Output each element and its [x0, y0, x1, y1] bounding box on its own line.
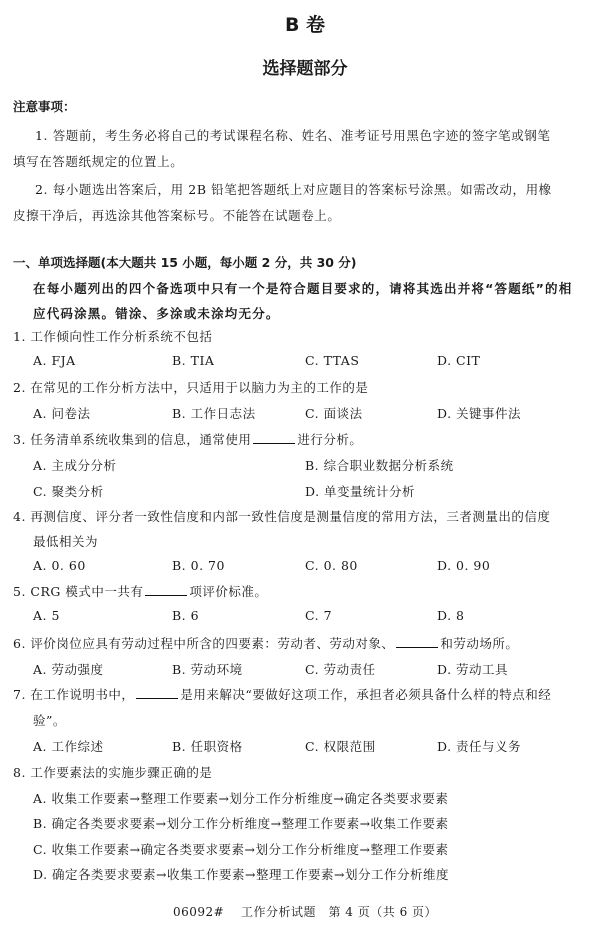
question-5-blank	[145, 583, 187, 596]
question-4-option-b: B. 0. 70	[172, 558, 225, 573]
question-6-option-c: C. 劳动责任	[305, 660, 376, 678]
question-8-option-c: C. 收集工作要素→确定各类要求要素→划分工作分析维度→整理工作要素	[33, 840, 449, 858]
question-1-option-d: D. CIT	[437, 353, 480, 368]
question-7-stem: 7. 在工作说明书中，是用来解决“要做好这项工作，承担者必须具备什么样的特点和经	[13, 685, 551, 703]
question-7-stem-pre: 7. 在工作说明书中，	[13, 687, 134, 702]
question-2-option-d: D. 关键事件法	[437, 404, 521, 422]
question-5-stem: 5. CRG 模式中一共有项评价标准。	[13, 582, 267, 600]
question-3-option-a: A. 主成分分析	[33, 456, 116, 474]
question-8-option-a: A. 收集工作要素→整理工作要素→划分工作分析维度→确定各类要求要素	[33, 789, 448, 807]
question-1-option-c: C. TTAS	[305, 353, 359, 368]
question-2-stem: 2. 在常见的工作分析方法中，只适用于以脑力为主的工作的是	[13, 378, 368, 396]
question-1-stem: 1. 工作倾向性工作分析系统不包括	[13, 327, 212, 345]
question-6-option-d: D. 劳动工具	[437, 660, 508, 678]
section-title: 选择题部分	[0, 54, 610, 79]
question-1-option-a: A. FJA	[33, 353, 76, 368]
paper-title: B 卷	[0, 10, 610, 37]
question-7-blank	[136, 686, 178, 699]
question-3-stem-pre: 3. 任务清单系统收集到的信息，通常使用	[13, 432, 251, 447]
notice-item-1-line-1: 1. 答题前，考生务必将自己的考试课程名称、姓名、准考证号用黑色字迹的签字笔或钢…	[35, 126, 551, 144]
question-6-blank	[396, 635, 438, 648]
question-5-stem-post: 项评价标准。	[189, 584, 267, 599]
question-3-stem-post: 进行分析。	[297, 432, 362, 447]
notice-item-1-line-2: 填写在答题纸规定的位置上。	[13, 152, 183, 170]
question-8-option-b: B. 确定各类要求要素→划分工作分析维度→整理工作要素→收集工作要素	[33, 814, 449, 832]
question-5-option-b: B. 6	[172, 608, 199, 623]
question-2-option-b: B. 工作日志法	[172, 404, 256, 422]
page-footer: 06092# 工作分析试题 第 4 页（共 6 页）	[0, 903, 610, 920]
question-8-stem: 8. 工作要素法的实施步骤正确的是	[13, 763, 212, 781]
notice-item-2-line-2: 皮擦干净后，再选涂其他答案标号。不能答在试题卷上。	[13, 206, 341, 224]
section-desc-line-1: 在每小题列出的四个备选项中只有一个是符合题目要求的，请将其选出并将“答题纸”的相	[33, 279, 572, 297]
question-8-option-d: D. 确定各类要求要素→收集工作要素→整理工作要素→划分工作分析维度	[33, 865, 449, 883]
question-5-option-c: C. 7	[305, 608, 332, 623]
question-1-option-b: B. TIA	[172, 353, 214, 368]
question-6-stem-pre: 6. 评价岗位应具有劳动过程中所含的四要素：劳动者、劳动对象、	[13, 636, 394, 651]
question-4-stem-line-1: 4. 再测信度、评分者一致性信度和内部一致性信度是测量信度的常用方法，三者测量出…	[13, 507, 550, 525]
notice-heading: 注意事项：	[13, 97, 76, 115]
question-7-option-d: D. 责任与义务	[437, 737, 521, 755]
question-5-option-a: A. 5	[33, 608, 60, 623]
question-4-option-a: A. 0. 60	[33, 558, 86, 573]
question-3-blank	[253, 431, 295, 444]
question-4-option-d: D. 0. 90	[437, 558, 490, 573]
question-4-stem-line-2: 最低相关为	[33, 532, 98, 550]
question-7-stem-post: 是用来解决“要做好这项工作，承担者必须具备什么样的特点和经	[180, 687, 551, 702]
question-6-option-b: B. 劳动环境	[172, 660, 243, 678]
question-4-option-c: C. 0. 80	[305, 558, 358, 573]
question-7-option-a: A. 工作综述	[33, 737, 103, 755]
question-5-stem-pre: 5. CRG 模式中一共有	[13, 584, 143, 599]
question-3-option-c: C. 聚类分析	[33, 482, 104, 500]
question-3-option-d: D. 单变量统计分析	[305, 482, 415, 500]
question-6-stem: 6. 评价岗位应具有劳动过程中所含的四要素：劳动者、劳动对象、和劳动场所。	[13, 634, 518, 652]
question-3-stem: 3. 任务清单系统收集到的信息，通常使用进行分析。	[13, 430, 362, 448]
question-5-option-d: D. 8	[437, 608, 464, 623]
question-6-stem-post: 和劳动场所。	[440, 636, 518, 651]
question-6-option-a: A. 劳动强度	[33, 660, 103, 678]
question-7-option-b: B. 任职资格	[172, 737, 243, 755]
section-desc-line-2: 应代码涂黑。错涂、多涂或未涂均无分。	[33, 304, 280, 322]
section-heading: 一、单项选择题(本大题共 15 小题，每小题 2 分，共 30 分)	[13, 253, 357, 271]
question-3-option-b: B. 综合职业数据分析系统	[305, 456, 454, 474]
notice-item-2-line-1: 2. 每小题选出答案后，用 2B 铅笔把答题纸上对应题目的答案标号涂黑。如需改动…	[35, 180, 552, 198]
question-7-option-c: C. 权限范围	[305, 737, 376, 755]
question-7-stem-line-2: 验”。	[33, 711, 66, 729]
question-2-option-c: C. 面谈法	[305, 404, 363, 422]
question-2-option-a: A. 问卷法	[33, 404, 90, 422]
